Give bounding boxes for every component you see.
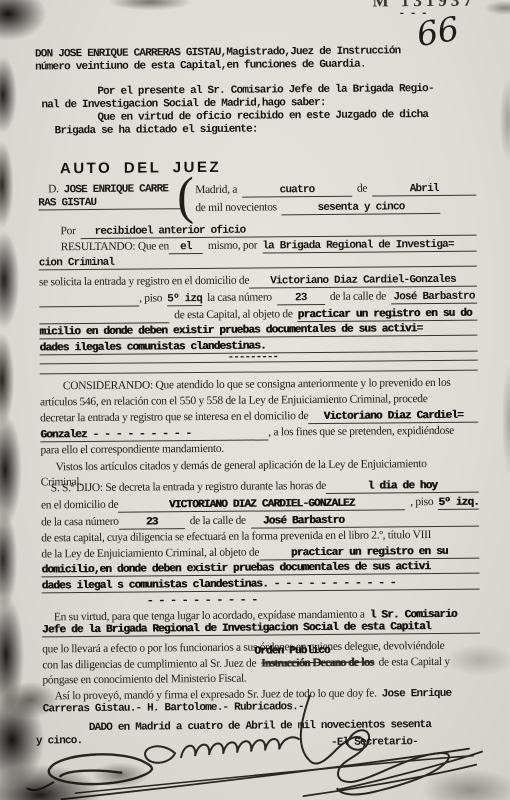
document-content: M 131937 - - - 66 DON JOSE ENRIQUE CARRE…: [0, 0, 510, 800]
considerando-line: CONSIDERANDO: Que atendido lo que se con…: [63, 377, 451, 392]
objeto-line1: de esta Capital, al objeto de practicar …: [39, 307, 477, 325]
rubricados-line: Carreras Gistau.- H. Bartolome.- Rubrica…: [43, 701, 304, 715]
objeto-value1: practicar un registro en su: [259, 546, 479, 561]
year-line: de mil novecientos sesenta y cinco: [195, 200, 440, 216]
preamble-line: Brigada se ha dictado el siguiente:: [55, 124, 258, 138]
judge-typed-name: Jose Enrique: [382, 688, 452, 701]
day-value: cuatro: [242, 184, 352, 198]
secretary-signature-tail: [337, 752, 482, 790]
casa-value: 23: [277, 292, 325, 305]
blank-rule: [39, 322, 169, 324]
scanned-document-page: M 131937 - - - 66 DON JOSE ENRIQUE CARRE…: [0, 0, 510, 800]
dijo-line4: de esta capital, cuya diligencia se efec…: [41, 529, 431, 544]
signature-long-stroke: [75, 756, 473, 793]
section-title-auto-del-juez: AUTO DEL JUEZ: [60, 159, 221, 177]
dijo-line1: S. S.ª DIJO: Se decreta la entrada y reg…: [51, 479, 479, 497]
dijo-line3: de la casa número 23 de la calle de José…: [41, 513, 479, 531]
judge-signature-loops: [181, 737, 299, 757]
por-line: Por recibidoel anterior oficio: [60, 222, 476, 240]
resultando-line2: cion Criminal: [39, 254, 477, 271]
madrid-label: Madrid, a: [195, 184, 237, 196]
vistos-line: Vistos los artículos citados y demás de …: [56, 458, 427, 473]
dijo-line5: de la Ley de Enjuiciamiento Criminal, al…: [41, 545, 479, 563]
resultando-label: RESULTANDO: Que en: [61, 240, 169, 253]
calle-value: José Barbastro: [391, 291, 477, 305]
calle-value: José Barbastro: [251, 514, 479, 529]
piso-value: 5º izq.: [438, 497, 479, 510]
brigada-value: la Brigada Regional de Investiga=: [262, 239, 476, 254]
judge-signature-oval: [49, 754, 152, 785]
considerando-line: artículos 546, en relación con el 550 y …: [40, 393, 428, 408]
por-label: Por: [60, 225, 75, 237]
judge-signature-tail: [27, 782, 53, 790]
struck-out-text: Instrucción Decano de los: [261, 657, 373, 670]
secretary-signature-underline: [303, 765, 476, 797]
considerando-line: Gonzalez - - - - - - - - - , a los fines…: [40, 425, 478, 443]
date-line: Madrid, a cuatro de Abril: [195, 182, 476, 198]
objeto-line2: micilio en donde deben existir pruebas d…: [39, 323, 477, 340]
por-value: recibidoel anterior oficio: [81, 223, 477, 239]
blank-rule: [39, 306, 139, 308]
de-label: de: [357, 183, 367, 195]
virtud-line4: con las diligencias de cumplimiento al S…: [42, 656, 450, 672]
piso-casa-calle-line: , piso 5º izq la casa número 23 de la ca…: [39, 290, 477, 308]
jefe-brigada-value: Jefe de la Brigada Regional de Investiga…: [42, 621, 480, 638]
judge-name-line1: D. JOSE ENRIQUE CARRE: [48, 182, 168, 196]
preamble-line: número veintiuno de esta Capital,en func…: [35, 59, 366, 74]
preamble-line: Que en virtud de oficio recibido en este…: [97, 109, 428, 124]
judge-name-part2: RAS GISTAU: [38, 196, 180, 210]
form-brace-glyph: (: [177, 165, 194, 226]
judge-name-line2: RAS GISTAU: [38, 196, 180, 210]
considerando-line: para ello el correspondiente mandamiento…: [40, 443, 224, 457]
folio-number-handwritten: 66: [417, 12, 459, 51]
judge-signature-c: [145, 746, 175, 763]
dijo-line2: en el domicilio de VICTORIANO DIAZ CARDI…: [41, 496, 479, 514]
considerando-line: decretar la entrada y registro que se in…: [40, 409, 478, 427]
orden-publico-overtype: Orden Publico: [254, 645, 330, 658]
judge-name-part1: JOSE ENRIQUE CARRE: [64, 183, 169, 196]
cion-criminal: cion Criminal: [39, 254, 477, 271]
resultando-el: el: [169, 241, 203, 254]
objeto-value1: practicar un registro en su do: [298, 308, 478, 323]
ruled-line: [40, 370, 478, 375]
suspect-name: Gonzalez - - - - - - - - -: [40, 427, 268, 442]
virtud-line3: que lo llevará a efecto o por los funcio…: [42, 640, 444, 656]
comisario-value: l Sr. Comisario: [370, 609, 457, 622]
domicilio-line: se solicita la entrada y registro en el …: [39, 273, 477, 291]
preamble-line: Por el presente al Sr. Comisario Jefe de…: [97, 83, 434, 98]
signature-long-stroke: [61, 749, 469, 800]
year-value: sesenta y cinco: [282, 201, 441, 215]
separator-dashes: - - - - - - - - - -: [147, 595, 257, 608]
dado-line1: DADO en Madrid a cuatro de Abril de mil …: [89, 719, 431, 734]
d-label: D.: [48, 183, 59, 195]
secretario-label: -El Secretario-: [331, 736, 418, 749]
suspect-name: Victoriano Diaz Cardiel=: [308, 410, 478, 424]
suspect-name: VICTORIANO DIAZ CARDIEL-GONZALEZ: [118, 497, 405, 513]
casa-value: 23: [119, 516, 185, 530]
horas-value: l dia de hoy: [326, 480, 479, 494]
month-value: Abril: [372, 183, 476, 197]
piso-value: 5º izq: [167, 293, 202, 306]
virtud-line5: póngase en conocimiento del Ministerio F…: [42, 673, 246, 687]
dijo-line6: domicilio,en donde deben existir pruebas…: [41, 561, 479, 578]
dijo-line7: dades ilegal s comunistas clandestinas. …: [42, 577, 480, 594]
preamble-line: nal de Investigacion Social de Madrid,ha…: [41, 97, 325, 111]
suspect-name: Victoriano Diaz Cardiel-Gonzales: [249, 274, 477, 289]
dado-line2: y cinco.: [36, 735, 83, 747]
resultando-line1: RESULTANDO: Que en el mismo, por la Brig…: [61, 238, 477, 256]
virtud-line2: Jefe de la Brigada Regional de Investiga…: [42, 621, 480, 638]
year-label: de mil novecientos: [195, 201, 277, 214]
